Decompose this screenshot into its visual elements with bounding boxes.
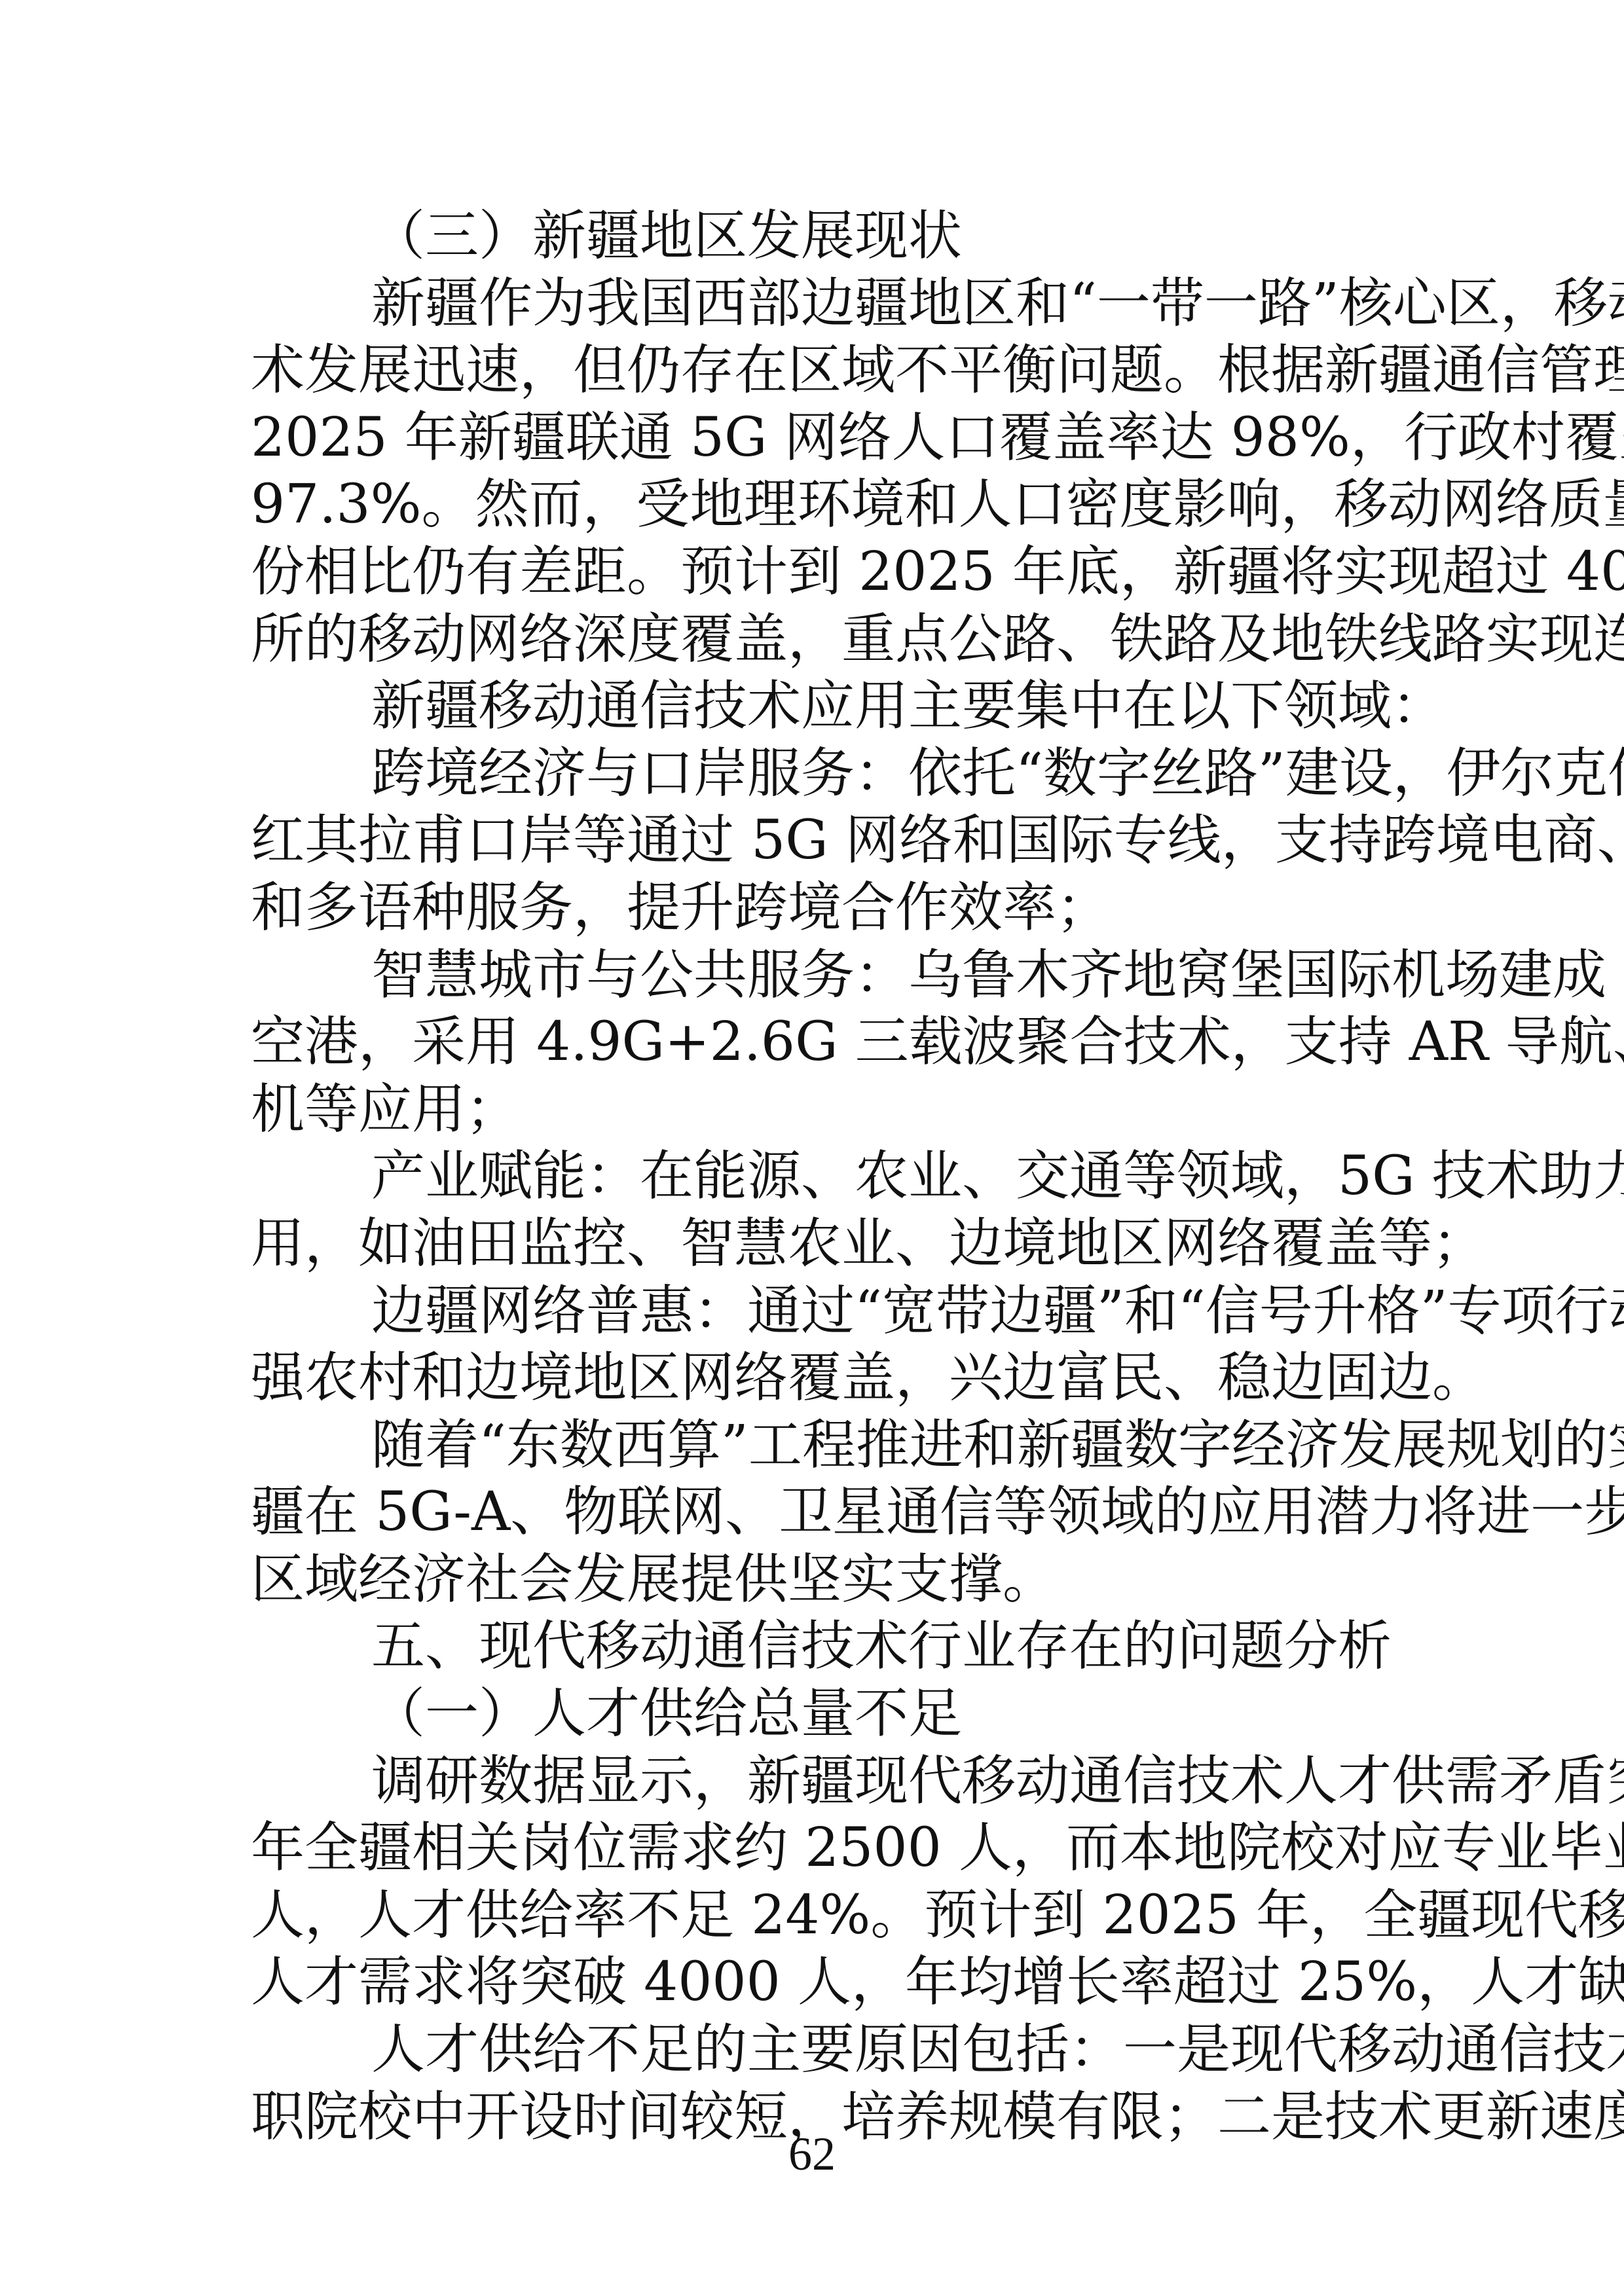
text-line: 调研数据显示，新疆现代移动通信技术人才供需矛盾突出。2023 <box>251 1748 1397 1815</box>
text-line: 所的移动网络深度覆盖，重点公路、铁路及地铁线路实现连续覆盖。 <box>251 606 1397 674</box>
text-line: 术发展迅速，但仍存在区域不平衡问题。根据新疆通信管理局数据， <box>251 337 1397 405</box>
text-line: 区域经济社会发展提供坚实支撑。 <box>251 1546 1397 1614</box>
text-line: 跨境经济与口岸服务：依托“数字丝路”建设，伊尔克什坦口岸、 <box>251 740 1397 808</box>
document-page: （三）新疆地区发展现状 新疆作为我国西部边疆地区和“一带一路”核心区，移动通信技… <box>0 0 1624 2296</box>
text-line: 强农村和边境地区网络覆盖，兴边富民、稳边固边。 <box>251 1345 1397 1412</box>
page-number: 62 <box>0 2121 1624 2187</box>
text-line: 边疆网络普惠：通过“宽带边疆”和“信号升格”专项行动，加 <box>251 1278 1397 1345</box>
paragraph-industry-empowerment: 产业赋能：在能源、农业、交通等领域，5G 技术助力物联网应 用，如油田监控、智慧… <box>251 1143 1397 1277</box>
text-line: 和多语种服务，提升跨境合作效率； <box>251 875 1397 942</box>
section-heading-xinjiang-status: （三）新疆地区发展现状 <box>251 203 1397 270</box>
text-line: 2025 年新疆联通 5G 网络人口覆盖率达 98%，行政村覆盖率超过 <box>251 405 1397 472</box>
section-heading-problem-analysis: 五、现代移动通信技术行业存在的问题分析 <box>251 1613 1397 1681</box>
text-line: 人，人才供给率不足 24%。预计到 2025 年，全疆现代移动通信技术 <box>251 1882 1397 1950</box>
paragraph-xinjiang-overview: 新疆作为我国西部边疆地区和“一带一路”核心区，移动通信技 术发展迅速，但仍存在区… <box>251 270 1397 674</box>
text-line: 年全疆相关岗位需求约 2500 人，而本地院校对应专业毕业生仅约 600 <box>251 1815 1397 1882</box>
text-line: 新疆移动通信技术应用主要集中在以下领域： <box>251 673 1397 740</box>
text-line: 份相比仍有差距。预计到 2025 年底，新疆将实现超过 4000 个重点场 <box>251 539 1397 606</box>
text-line: 新疆作为我国西部边疆地区和“一带一路”核心区，移动通信技 <box>251 270 1397 338</box>
paragraph-border-network: 边疆网络普惠：通过“宽带边疆”和“信号升格”专项行动，加 强农村和边境地区网络覆… <box>251 1278 1397 1412</box>
paragraph-cross-border-economy: 跨境经济与口岸服务：依托“数字丝路”建设，伊尔克什坦口岸、 红其拉甫口岸等通过 … <box>251 740 1397 942</box>
text-line: 红其拉甫口岸等通过 5G 网络和国际专线，支持跨境电商、物流追踪 <box>251 807 1397 875</box>
text-line: 智慧城市与公共服务：乌鲁木齐地窝堡国际机场建成 5G-A 智慧 <box>251 942 1397 1010</box>
paragraph-smart-city: 智慧城市与公共服务：乌鲁木齐地窝堡国际机场建成 5G-A 智慧 空港，采用 4.… <box>251 942 1397 1144</box>
text-line: 空港，采用 4.9G+2.6G 三载波聚合技术，支持 AR 导航、毫秒级云值 <box>251 1009 1397 1076</box>
text-line: 随着“东数西算”工程推进和新疆数字经济发展规划的实施，新 <box>251 1412 1397 1480</box>
text-line: 人才需求将突破 4000 人，年均增长率超过 25%，人才缺口持续扩大。 <box>251 1949 1397 2016</box>
text-line: 产业赋能：在能源、农业、交通等领域，5G 技术助力物联网应 <box>251 1143 1397 1211</box>
paragraph-east-data-west-computing: 随着“东数西算”工程推进和新疆数字经济发展规划的实施，新 疆在 5G-A、物联网… <box>251 1412 1397 1614</box>
body-text: （三）新疆地区发展现状 新疆作为我国西部边疆地区和“一带一路”核心区，移动通信技… <box>251 203 1397 2151</box>
text-line: 疆在 5G-A、物联网、卫星通信等领域的应用潜力将进一步释放，为 <box>251 1479 1397 1546</box>
subsection-heading-talent-shortage: （一）人才供给总量不足 <box>251 1681 1397 1748</box>
paragraph-application-fields-intro: 新疆移动通信技术应用主要集中在以下领域： <box>251 673 1397 740</box>
text-line: 机等应用； <box>251 1076 1397 1144</box>
text-line: 用，如油田监控、智慧农业、边境地区网络覆盖等； <box>251 1211 1397 1278</box>
text-line: 人才供给不足的主要原因包括：一是现代移动通信技术专业在高 <box>251 2016 1397 2084</box>
paragraph-talent-survey: 调研数据显示，新疆现代移动通信技术人才供需矛盾突出。2023 年全疆相关岗位需求… <box>251 1748 1397 2016</box>
text-line: 97.3%。然而，受地理环境和人口密度影响，移动网络质量与东部省 <box>251 471 1397 539</box>
